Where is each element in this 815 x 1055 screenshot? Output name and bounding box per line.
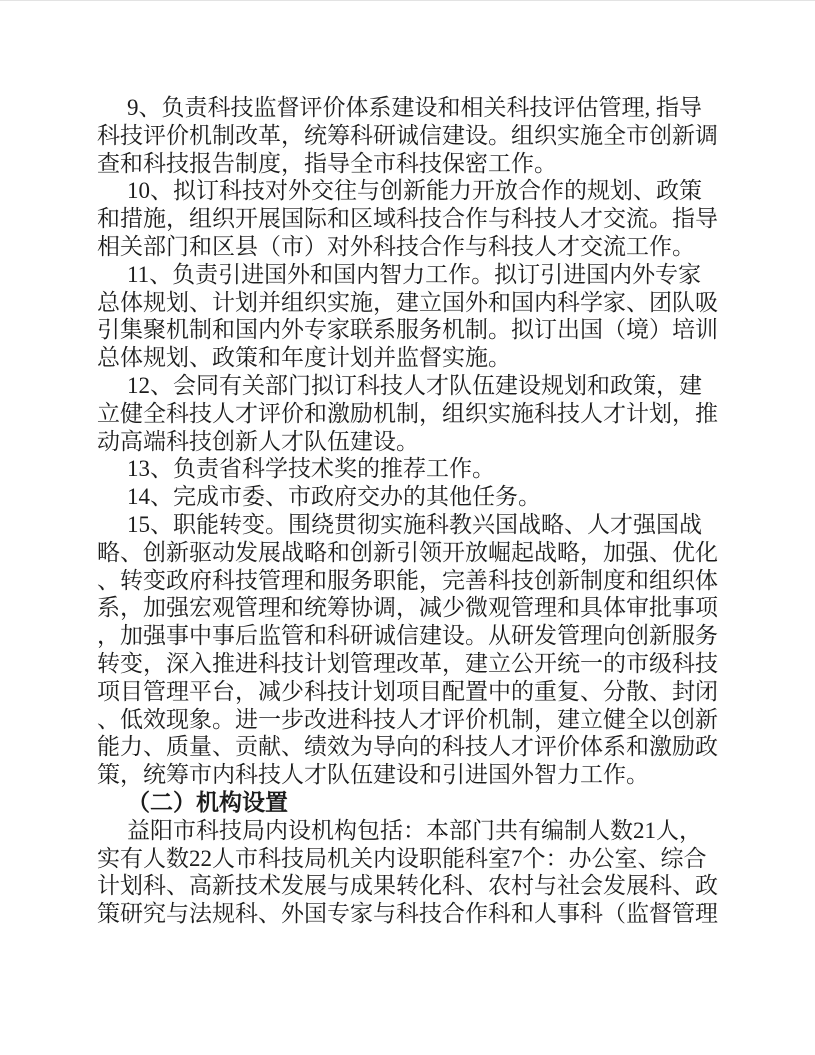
document-page: 9、负责科技监督评价体系建设和相关科技评估管理, 指导科技评价机制改革，统筹科研… [0, 0, 815, 1055]
text-line: 能力、质量、贡献、绩效为导向的科技人才评价体系和激励政 [97, 733, 757, 761]
text-line: 总体规划、计划并组织实施，建立国外和国内科学家、团队吸 [97, 289, 757, 317]
text-line: 动高端科技创新人才队伍建设。 [97, 428, 757, 456]
text-line: 14、完成市委、市政府交办的其他任务。 [97, 483, 757, 511]
text-line: 10、拟订科技对外交往与创新能力开放合作的规划、政策 [97, 177, 757, 205]
text-line: 总体规划、政策和年度计划并监督实施。 [97, 344, 757, 372]
text-line: 13、负责省科学技术奖的推荐工作。 [97, 455, 757, 483]
text-line: 立健全科技人才评价和激励机制，组织实施科技人才计划，推 [97, 400, 757, 428]
section-heading: （二）机构设置 [97, 789, 757, 817]
text-line: 策研究与法规科、外国专家与科技合作科和人事科（监督管理 [97, 900, 757, 928]
text-line: 系，加强宏观管理和统筹协调，减少微观管理和具体审批事项 [97, 594, 757, 622]
text-line: 转变，深入推进科技计划管理改革，建立公开统一的市级科技 [97, 650, 757, 678]
text-line: 计划科、高新技术发展与成果转化科、农村与社会发展科、政 [97, 872, 757, 900]
text-line: 引集聚机制和国内外专家联系服务机制。拟订出国（境）培训 [97, 316, 757, 344]
text-line: 项目管理平台，减少科技计划项目配置中的重复、分散、封闭 [97, 678, 757, 706]
text-line: 9、负责科技监督评价体系建设和相关科技评估管理, 指导 [97, 94, 757, 122]
text-line: ，加强事中事后监管和科研诚信建设。从研发管理向创新服务 [97, 622, 757, 650]
text-line: 相关部门和区县（市）对外科技合作与科技人才交流工作。 [97, 233, 757, 261]
text-line: 、低效现象。进一步改进科技人才评价机制，建立健全以创新 [97, 706, 757, 734]
text-line: 略、创新驱动发展战略和创新引领开放崛起战略，加强、优化 [97, 539, 757, 567]
document-body: 9、负责科技监督评价体系建设和相关科技评估管理, 指导科技评价机制改革，统筹科研… [97, 94, 757, 928]
text-line: 实有人数22人市科技局机关内设职能科室7个：办公室、综合 [97, 845, 757, 873]
text-line: 策，统筹市内科技人才队伍建设和引进国外智力工作。 [97, 761, 757, 789]
text-line: 和措施，组织开展国际和区域科技合作与科技人才交流。指导 [97, 205, 757, 233]
text-line: 、转变政府科技管理和服务职能，完善科技创新制度和组织体 [97, 567, 757, 595]
text-line: 12、会同有关部门拟订科技人才队伍建设规划和政策，建 [97, 372, 757, 400]
text-line: 查和科技报告制度，指导全市科技保密工作。 [97, 150, 757, 178]
text-line: 15、职能转变。围绕贯彻实施科教兴国战略、人才强国战 [97, 511, 757, 539]
text-line: 11、负责引进国外和国内智力工作。拟订引进国内外专家 [97, 261, 757, 289]
text-line: 益阳市科技局内设机构包括：本部门共有编制人数21人， [97, 817, 757, 845]
text-line: 科技评价机制改革，统筹科研诚信建设。组织实施全市创新调 [97, 122, 757, 150]
